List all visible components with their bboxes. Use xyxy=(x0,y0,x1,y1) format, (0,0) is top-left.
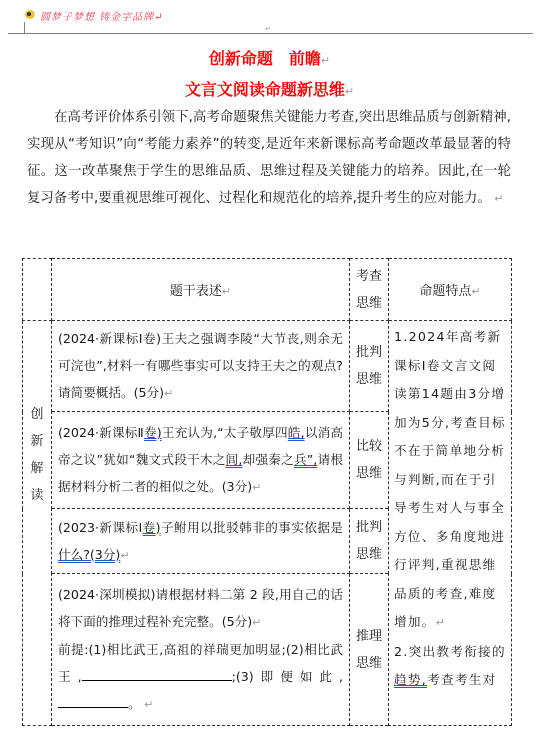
thinking-cell: 批判思维 xyxy=(350,321,389,412)
features-text-2: 2.突出教考衔接的 xyxy=(394,644,506,659)
thinking-cell: 推理思维 xyxy=(350,574,389,726)
side-label-cell: 创 新 解 读 xyxy=(23,321,52,726)
side-char: 解 xyxy=(23,455,51,482)
header-rule xyxy=(8,33,533,34)
intro-paragraph: 在高考评价体系引领下,高考命题聚焦关键能力考查,突出思维品质与创新精神,实现从“… xyxy=(27,104,511,212)
paragraph-mark-icon: ↵ xyxy=(321,54,330,67)
spellcheck-underline: 趋势, xyxy=(394,672,427,687)
paragraph-mark-icon: ↵ xyxy=(345,85,354,98)
side-char: 读 xyxy=(23,482,51,509)
paragraph-mark-icon: ↵ xyxy=(265,25,271,33)
header-empty-cell xyxy=(23,259,52,321)
stem-cell: (2024·新课标Ⅰ卷)王夫之强调李陵“大节丧,则余无可浣也”,材料一有哪些事实… xyxy=(52,321,350,412)
answer-blank[interactable] xyxy=(58,693,128,708)
title-line-2: 文言文阅读命题新思维↵ xyxy=(0,77,539,100)
answer-blank[interactable] xyxy=(82,666,232,681)
title-line-1: 创新命题 前瞻↵ xyxy=(0,46,539,69)
header-thinking: 考查思维 xyxy=(350,259,389,321)
thinking-cell: 批判思维 xyxy=(350,509,389,574)
paragraph-mark-icon: ↵ xyxy=(491,192,504,205)
table-row: 创 新 解 读 (2024·新课标Ⅰ卷)王夫之强调李陵“大节丧,则余无可浣也”,… xyxy=(23,321,512,412)
stem-cell: (2024·深圳模拟)请根据材料二第 2 段,用自己的话将下面的推理过程补充完整… xyxy=(52,574,350,726)
side-char: 创 xyxy=(23,401,51,428)
table-header-row: 题干表述↵ 考查思维 命题特点↵ xyxy=(23,259,512,321)
header-slogan: 圆梦子梦想 铸金字品牌↵ xyxy=(40,8,164,23)
question-analysis-table: 题干表述↵ 考查思维 命题特点↵ 创 新 解 读 (2024·新课标Ⅰ卷)王夫之… xyxy=(22,258,512,726)
side-char: 新 xyxy=(23,428,51,455)
features-text-1: 1.2024年高考新课标Ⅰ卷文言文阅读第14题由3分增加为5分,考查目标不在于简… xyxy=(394,329,506,629)
stem-cell: (2023·新课标Ⅰ卷)子鲋用以批驳韩非的事实依据是什么?(3分)↵ xyxy=(52,509,350,574)
features-cell: 1.2024年高考新课标Ⅰ卷文言文阅读第14题由3分增加为5分,考查目标不在于简… xyxy=(389,321,512,726)
header-stem: 题干表述↵ xyxy=(52,259,350,321)
intro-text: 在高考评价体系引领下,高考命题聚焦关键能力考查,突出思维品质与创新精神,实现从“… xyxy=(27,110,511,206)
stem-cell: (2024·新课标Ⅱ卷)王充认为,“太子敬厚四皓,以消高帝之议”犹如“魏文式段干… xyxy=(52,412,350,509)
sun-logo-icon xyxy=(25,10,35,19)
header-features: 命题特点↵ xyxy=(389,259,512,321)
thinking-cell: 比较思维 xyxy=(350,412,389,509)
